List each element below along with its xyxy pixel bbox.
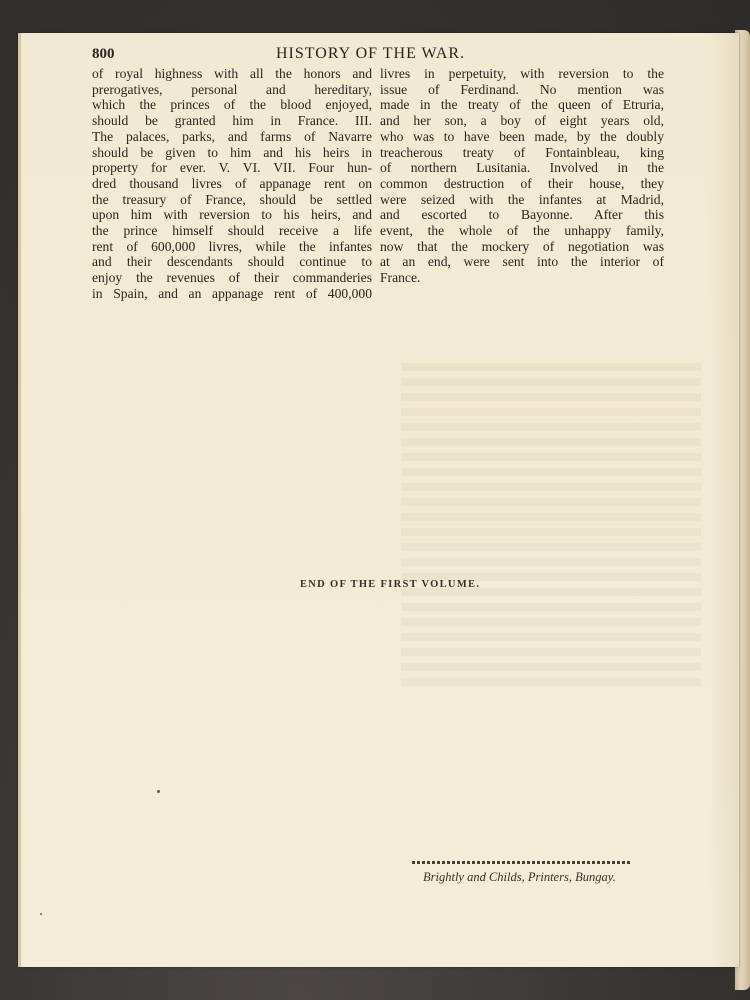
end-of-volume-note: END OF THE FIRST VOLUME. [300, 579, 480, 590]
text-line: dred thousand livres of appanage rent on [92, 176, 372, 192]
text-line: who was to have been made, by the doubly [380, 129, 664, 145]
left-column: of royal highness with all the honors an… [92, 66, 372, 302]
ornamental-rule [412, 861, 632, 864]
text-line: and her son, a boy of eight years old, [380, 113, 664, 129]
text-line: property for ever. V. VI. VII. Four hun- [92, 160, 372, 176]
right-column: livres in perpetuity, with reversion to … [380, 66, 664, 286]
text-line: which the princes of the blood enjoyed, [92, 97, 372, 113]
text-line: at an end, were sent into the interior o… [380, 254, 664, 270]
text-line: and escorted to Bayonne. After this [380, 207, 664, 223]
text-line: upon him with reversion to his heirs, an… [92, 207, 372, 223]
text-line: treacherous treaty of Fontainbleau, king [380, 145, 664, 161]
text-line: of royal highness with all the honors an… [92, 66, 372, 82]
text-line: France. [380, 270, 664, 286]
text-line: prerogatives, personal and hereditary, [92, 82, 372, 98]
page-number: 800 [92, 46, 115, 63]
page-header: 800 HISTORY OF THE WAR. [92, 42, 710, 62]
show-through-text [401, 363, 701, 693]
paper-speck [157, 790, 160, 793]
paper-speck [40, 913, 42, 915]
text-line: now that the mockery of negotiation was [380, 239, 664, 255]
running-head: HISTORY OF THE WAR. [276, 45, 465, 63]
text-line: should be given to him and his heirs in [92, 145, 372, 161]
text-line: livres in perpetuity, with reversion to … [380, 66, 664, 82]
text-line: issue of Ferdinand. No mention was [380, 82, 664, 98]
text-line: of northern Lusitania. Involved in the [380, 160, 664, 176]
text-line: enjoy the revenues of their commanderies [92, 270, 372, 286]
text-line: The palaces, parks, and farms of Navarre [92, 129, 372, 145]
text-line: the treasury of France, should be settle… [92, 192, 372, 208]
text-line: in Spain, and an appanage rent of 400,00… [92, 286, 372, 302]
text-line: and their descendants should continue to [92, 254, 372, 270]
text-line: event, the whole of the unhappy family, [380, 223, 664, 239]
text-line: rent of 600,000 livres, while the infant… [92, 239, 372, 255]
text-line: should be granted him in France. III. [92, 113, 372, 129]
text-line: common destruction of their house, they [380, 176, 664, 192]
text-line: made in the treaty of the queen of Etrur… [380, 97, 664, 113]
printer-imprint: Brightly and Childs, Printers, Bungay. [423, 870, 616, 885]
text-line: were seized with the infantes at Madrid, [380, 192, 664, 208]
text-line: the prince himself should receive a life [92, 223, 372, 239]
